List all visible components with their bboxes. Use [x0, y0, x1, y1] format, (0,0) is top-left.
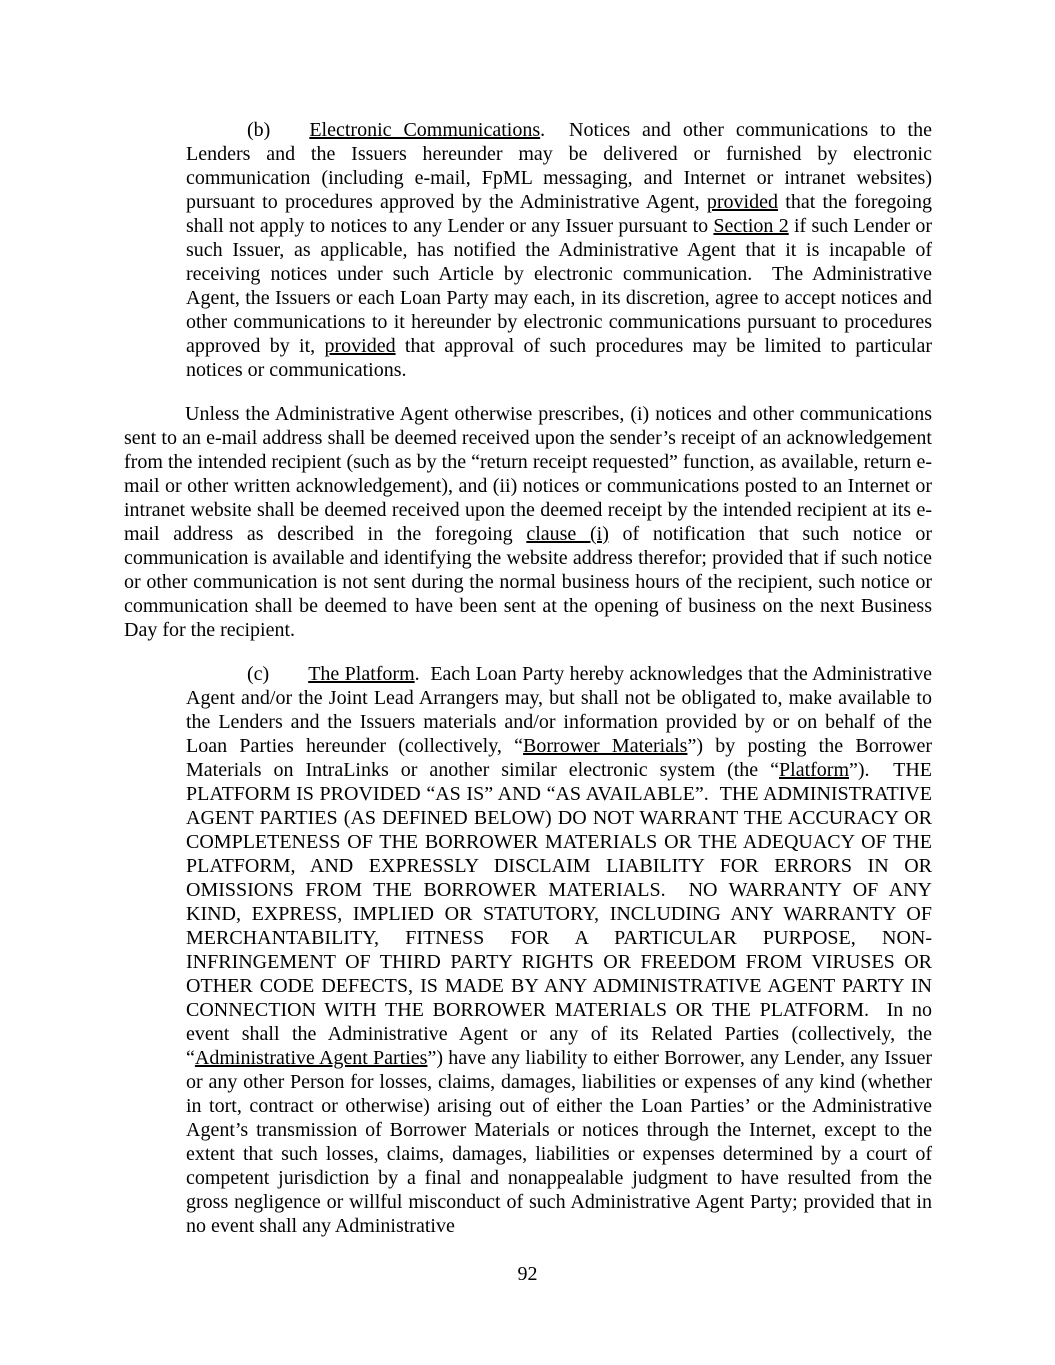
paragraph-c-the-platform: (c)The Platform. Each Loan Party hereby … — [186, 662, 932, 1238]
underlined-text-run: Borrower Materials — [523, 735, 687, 757]
paragraph-unless-administrative-agent: Unless the Administrative Agent otherwis… — [124, 402, 932, 642]
text-run: ”). THE PLATFORM IS PROVIDED “AS IS” AND… — [186, 759, 932, 1069]
text-run: (c) — [247, 663, 269, 685]
underlined-text-run: Platform — [779, 759, 849, 781]
paragraph-b-electronic-communications: (b)Electronic Communications. Notices an… — [186, 118, 932, 382]
text-run: ”) have any liability to either Borrower… — [186, 1047, 932, 1237]
document-text-block: (b)Electronic Communications. Notices an… — [124, 118, 932, 1258]
underlined-text-run: provided — [325, 335, 396, 357]
text-run: (b) — [247, 119, 270, 141]
page-number: 92 — [0, 1262, 1055, 1286]
underlined-text-run: Administrative Agent Parties — [195, 1047, 428, 1069]
underlined-text-run: The Platform — [308, 663, 414, 685]
underlined-text-run: Section 2 — [713, 215, 788, 237]
underlined-text-run: clause (i) — [526, 523, 609, 545]
underlined-text-run: Electronic Communications — [309, 119, 540, 141]
document-page: (b)Electronic Communications. Notices an… — [0, 0, 1055, 1365]
underlined-text-run: provided — [707, 191, 778, 213]
